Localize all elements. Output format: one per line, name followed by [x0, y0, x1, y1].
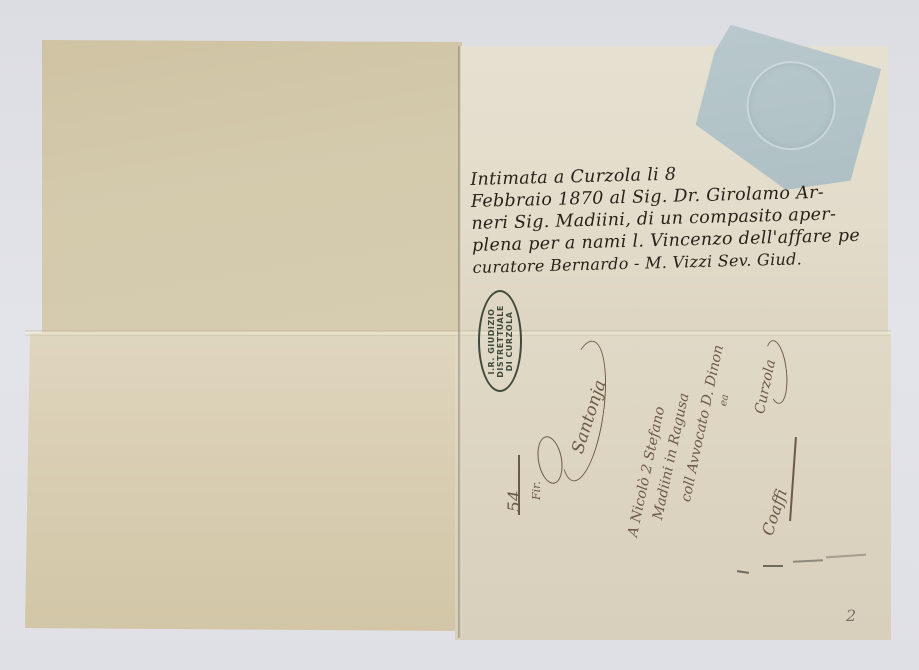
reference-number-sub: Fir. [530, 481, 543, 500]
paper-panel-left-top [42, 40, 462, 335]
seal-emboss-circle-icon [738, 53, 844, 159]
stamp-text: I.R. GIUDIZIO DISTRETTUALE DI CURZOLA [487, 305, 514, 378]
number-underline [518, 455, 520, 515]
vertical-fold-line [458, 46, 462, 638]
main-handwritten-note: Intimata a Curzola li 8 Febbraio 1870 al… [470, 158, 861, 278]
pencil-mark [763, 565, 783, 567]
page-number: 2 [846, 606, 856, 625]
court-stamp: I.R. GIUDIZIO DISTRETTUALE DI CURZOLA [478, 290, 522, 392]
paper-panel-left-bottom [25, 333, 462, 631]
reference-number: 54 [505, 490, 525, 512]
